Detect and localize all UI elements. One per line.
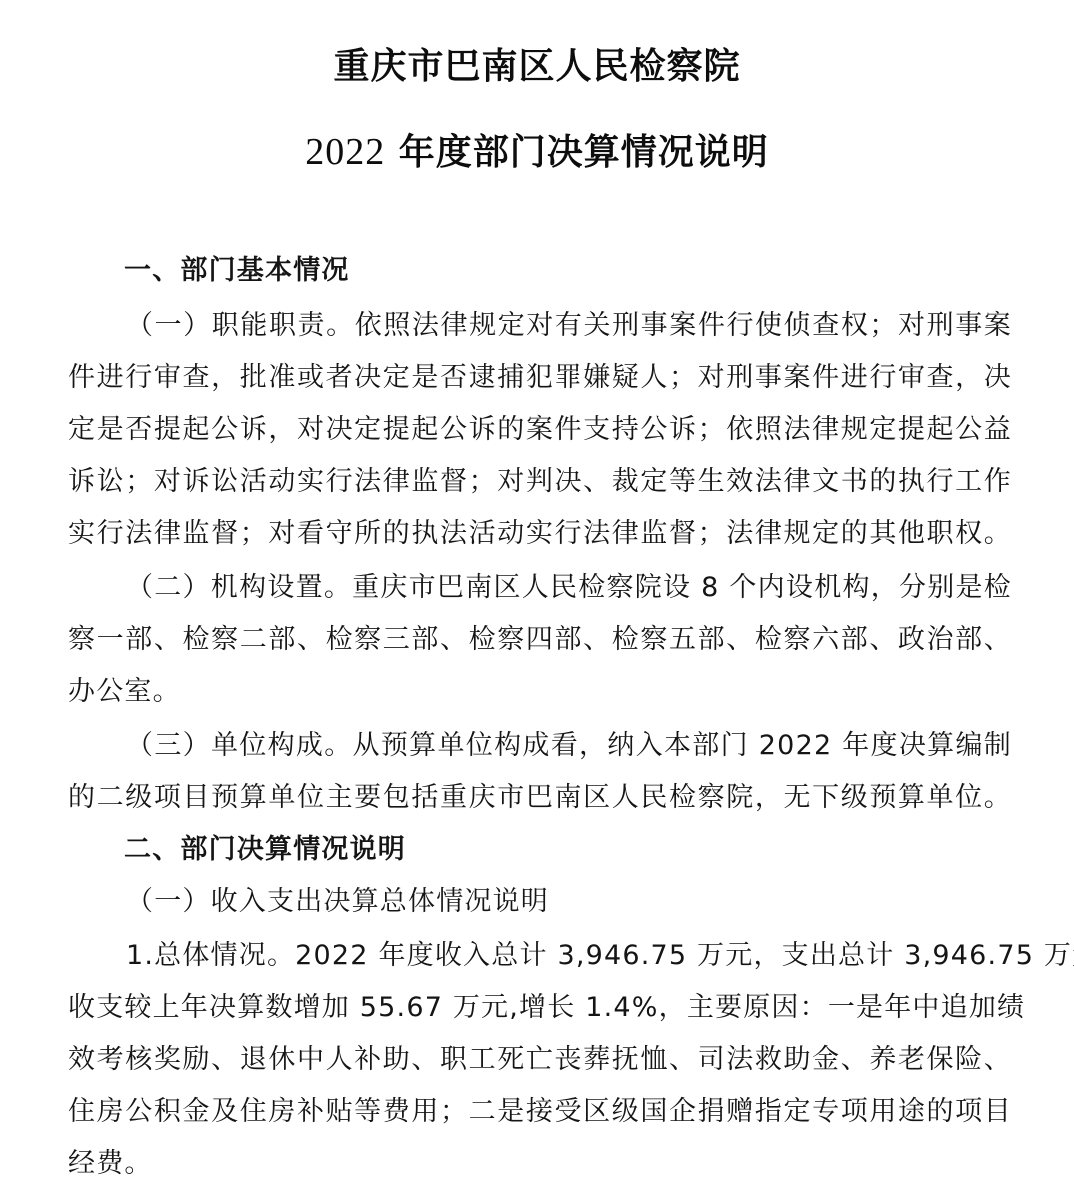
paragraph-line: 察一部、检察二部、检察三部、检察四部、检察五部、检察六部、政治部、 <box>68 620 1012 660</box>
title-rest: 年度部门决算情况说明 <box>385 131 769 173</box>
section-heading: 一、部门基本情况 <box>124 251 1068 291</box>
paragraph-line: （二）机构设置。重庆市巴南区人民检察院设 8 个内设机构，分别是检 <box>126 568 1012 608</box>
paragraph-line: （三）单位构成。从预算单位构成看，纳入本部门 2022 年度决算编制 <box>126 726 1012 766</box>
paragraph-line: （一）职能职责。依照法律规定对有关刑事案件行使侦查权；对刑事案 <box>126 306 1012 346</box>
title-year: 2022 <box>305 131 385 173</box>
paragraph-line: 诉讼；对诉讼活动实行法律监督；对判决、裁定等生效法律文书的执行工作 <box>68 462 1012 502</box>
paragraph-line: 的二级项目预算单位主要包括重庆市巴南区人民检察院，无下级预算单位。 <box>68 778 1012 818</box>
paragraph-line: 经费。 <box>68 1144 1012 1184</box>
paragraph-line: 件进行审查，批准或者决定是否逮捕犯罪嫌疑人；对刑事案件进行审查，决 <box>68 358 1012 398</box>
paragraph-line: 收支较上年决算数增加 55.67 万元,增长 1.4%，主要原因：一是年中追加绩 <box>68 988 1012 1028</box>
paragraph-line: 住房公积金及住房补贴等费用；二是接受区级国企捐赠指定专项用途的项目 <box>68 1092 1012 1132</box>
document-page: 重庆市巴南区人民检察院 2022 年度部门决算情况说明 一、部门基本情况（一）职… <box>0 0 1074 1186</box>
paragraph-line: 定是否提起公诉，对决定提起公诉的案件支持公诉；依照法律规定提起公益 <box>68 410 1012 450</box>
section-heading: 二、部门决算情况说明 <box>124 830 1068 870</box>
paragraph-line: （一）收入支出决算总体情况说明 <box>126 882 1012 922</box>
paragraph-line: 办公室。 <box>68 672 1012 712</box>
paragraph-line: 实行法律监督；对看守所的执法活动实行法律监督；法律规定的其他职权。 <box>68 514 1012 554</box>
paragraph-line: 效考核奖励、退休中人补助、职工死亡丧葬抚恤、司法救助金、养老保险、 <box>68 1040 1012 1080</box>
document-title-report: 2022 年度部门决算情况说明 <box>0 124 1074 175</box>
document-title-organization: 重庆市巴南区人民检察院 <box>0 38 1074 89</box>
paragraph-line: 1.总体情况。2022 年度收入总计 3,946.75 万元，支出总计 3,94… <box>126 936 1012 976</box>
